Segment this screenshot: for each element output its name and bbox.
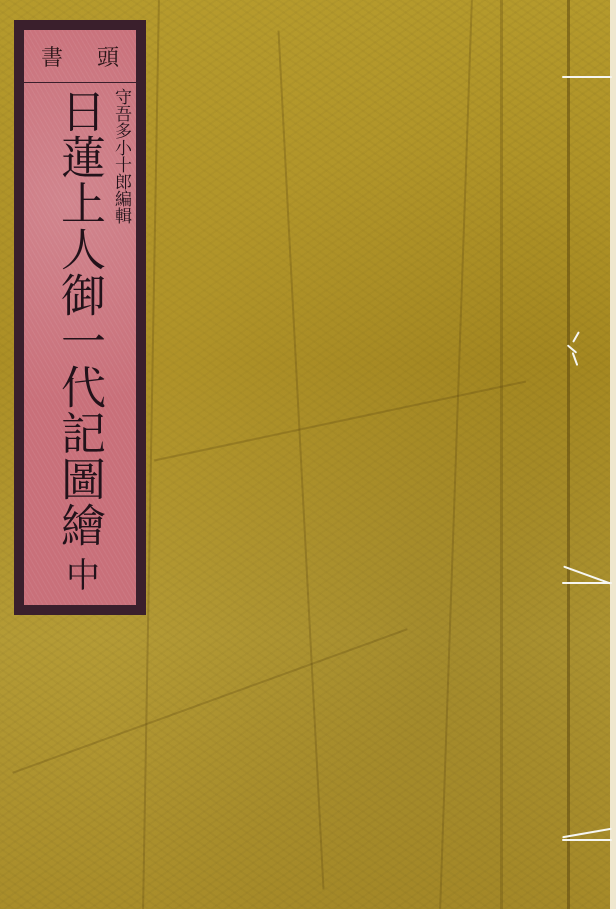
binding-thread [562, 570, 612, 590]
spine-edge [610, 0, 616, 909]
title-label-inner: 頭 書 日蓮上人御一代記圖繪 守吾多小十郎編輯 中 [23, 29, 137, 606]
book-title: 日蓮上人御一代記圖繪 [52, 88, 106, 548]
binding-thread [562, 830, 612, 846]
header-char-0: 書 [41, 41, 63, 72]
header-label: 頭 書 [24, 30, 136, 83]
crease [439, 0, 473, 909]
book-cover: 頭 書 日蓮上人御一代記圖繪 守吾多小十郎編輯 中 [0, 0, 616, 909]
volume-label: 中 [56, 557, 105, 591]
title-label: 頭 書 日蓮上人御一代記圖繪 守吾多小十郎編輯 中 [14, 20, 146, 615]
binding-thread [562, 72, 612, 82]
crease [12, 628, 407, 774]
editor-credit: 守吾多小十郎編輯 [111, 88, 130, 224]
spine-fold [567, 0, 570, 909]
crease [277, 31, 324, 890]
binding-thread-knot [562, 330, 612, 370]
crease [500, 0, 503, 909]
header-char-1: 頭 [97, 41, 119, 72]
crease [154, 381, 526, 462]
